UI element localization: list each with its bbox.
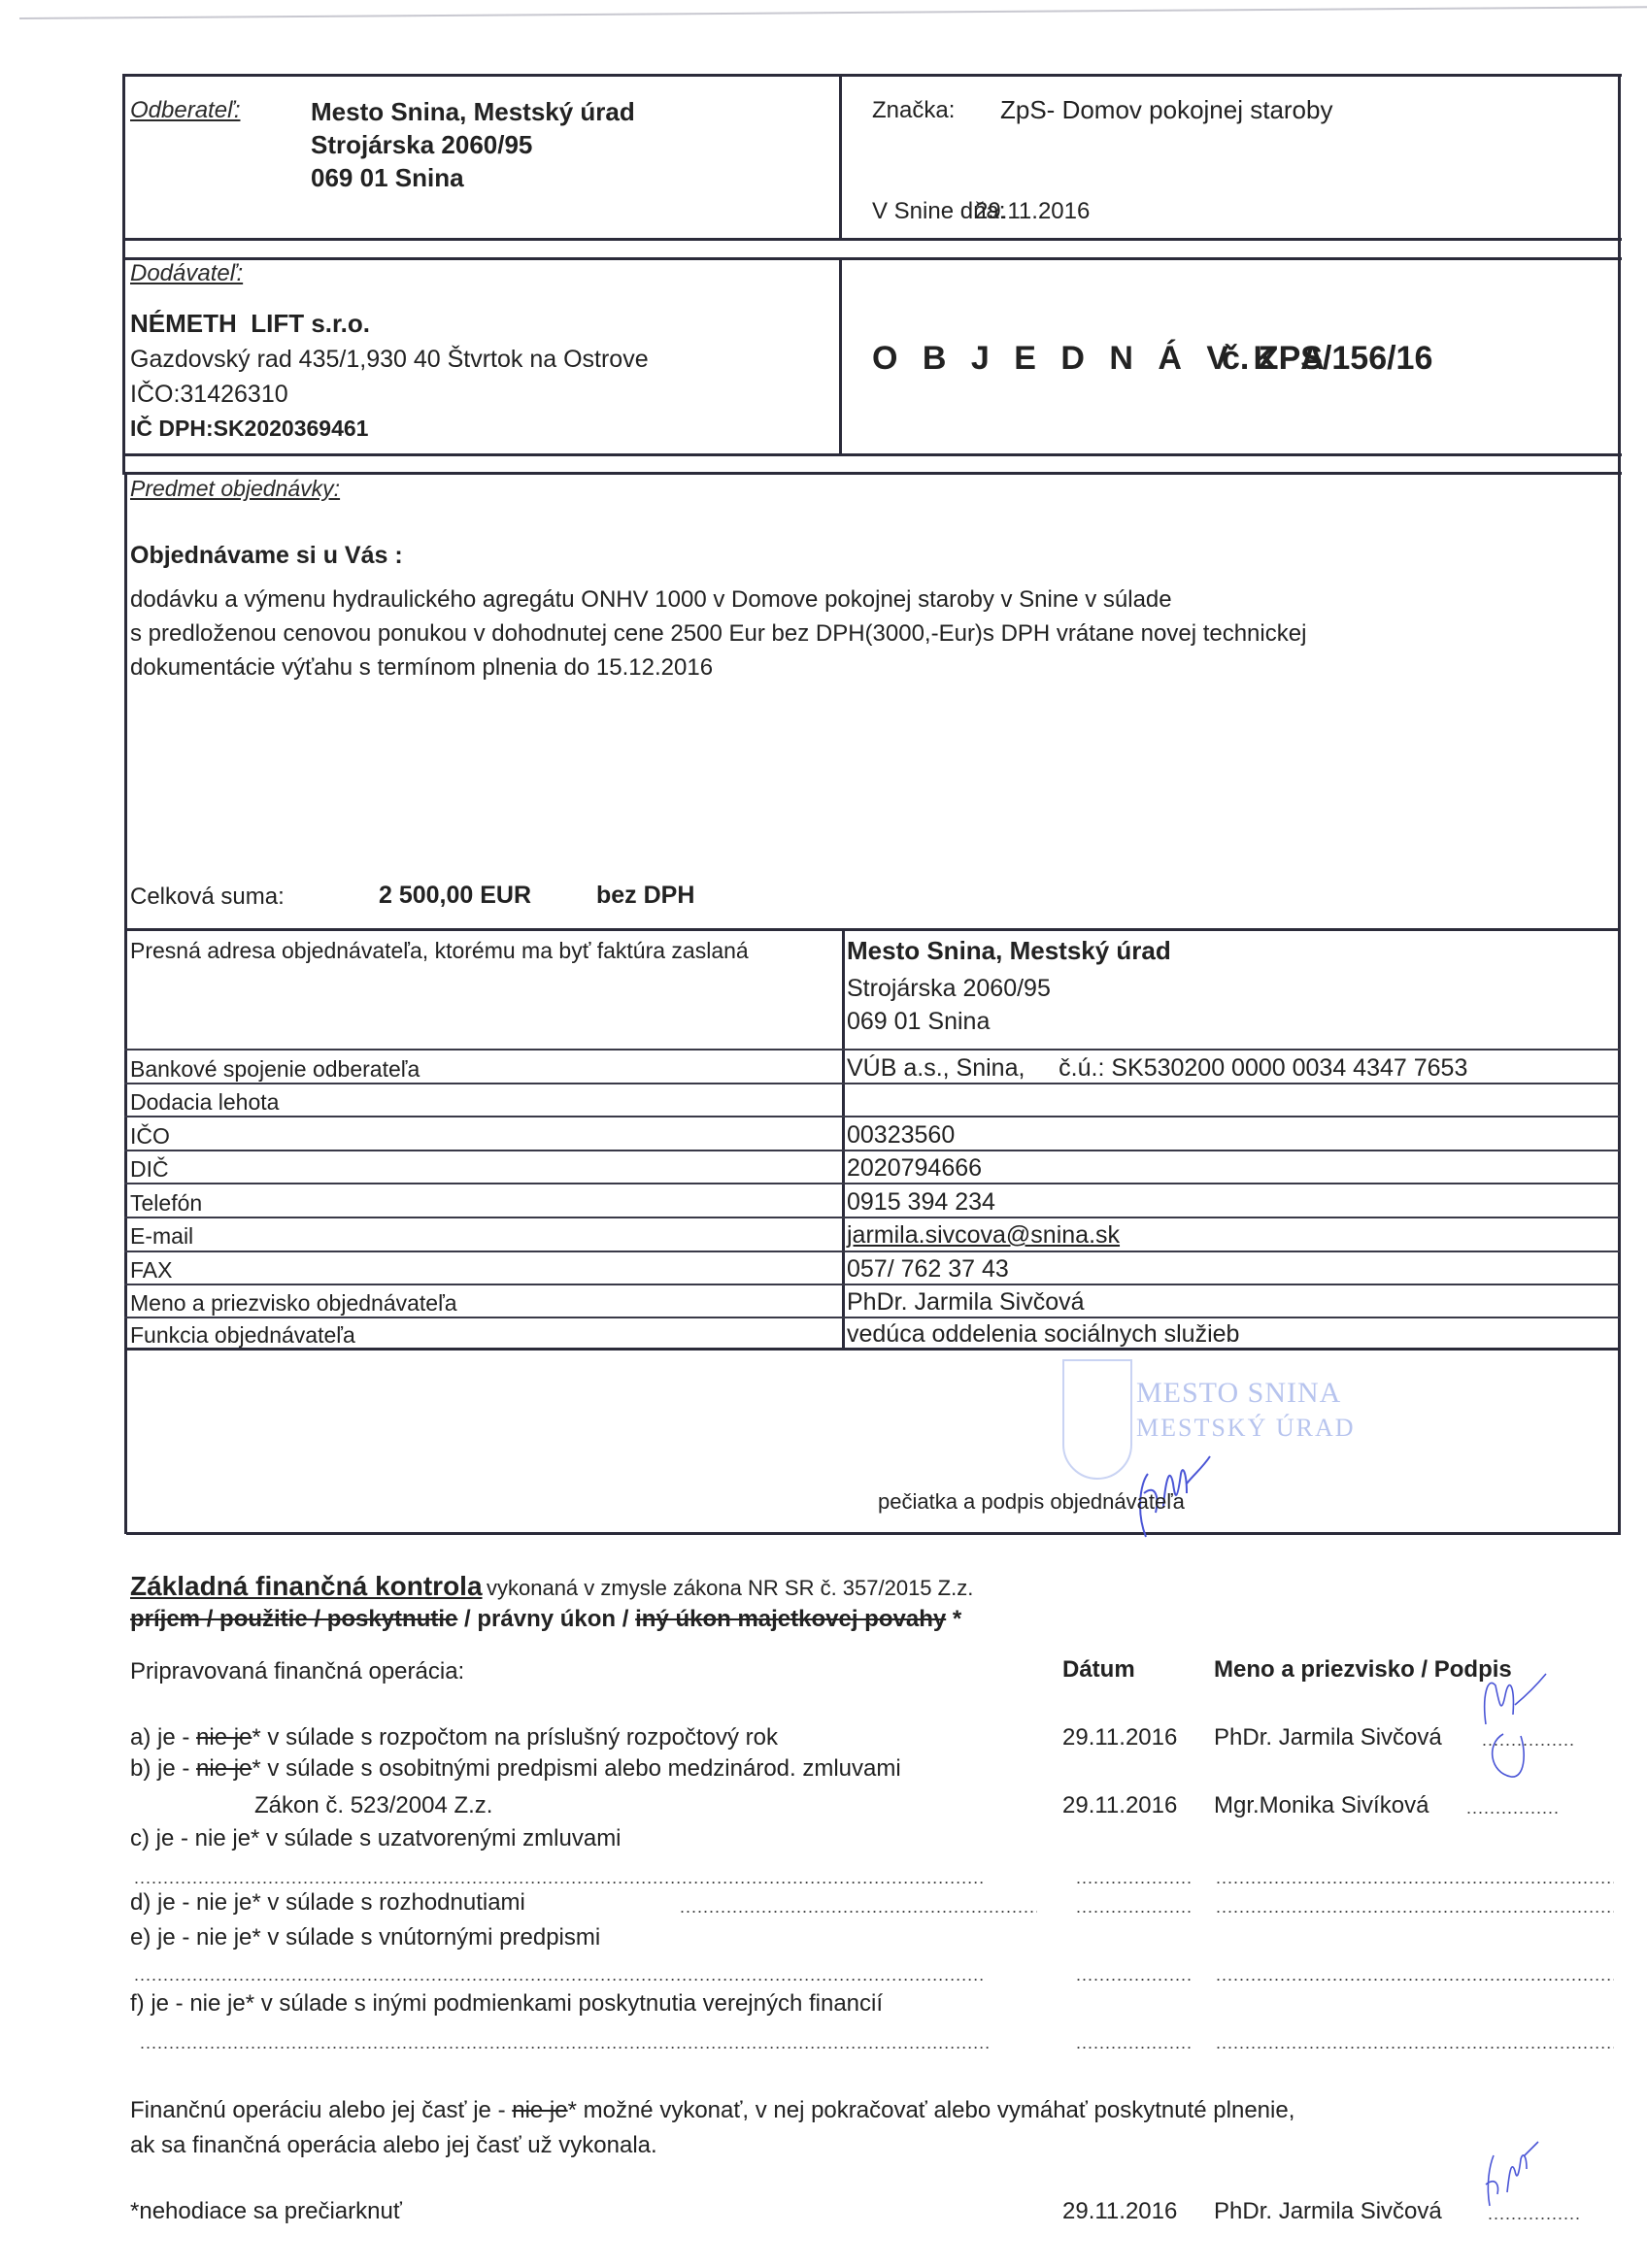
customer-city: 069 01 Snina <box>311 161 635 194</box>
invoice-city: 069 01 Snina <box>847 1008 990 1036</box>
control-item-b: b) je - nie je* v súlade s osobitnými pr… <box>130 1755 901 1783</box>
row-label: Meno a priezvisko objednávateľa <box>130 1290 457 1317</box>
subject-line: dodávku a výmenu hydraulického agregátu … <box>130 583 1306 617</box>
final-statement: Finančnú operáciu alebo jej časť je - ni… <box>130 2097 1294 2124</box>
item-name: PhDr. Jarmila Sivčová <box>1214 1724 1442 1751</box>
dotted-line: ........................................… <box>680 1897 1037 1918</box>
dotted-line: ........................................… <box>1076 1897 1193 1918</box>
reference-label: Značka: <box>872 97 955 124</box>
signature-dotted-line: ................ <box>1466 1798 1614 1818</box>
control-item-c: c) je - nie je* v súlade s uzatvorenými … <box>130 1825 622 1852</box>
stamp-caption: pečiatka a podpis objednávateľa <box>878 1489 1185 1515</box>
operation-types: príjem / použitie / poskytnutie / právny… <box>130 1606 961 1633</box>
row-label: Funkcia objednávateľa <box>130 1322 355 1349</box>
row-label: E-mail <box>130 1223 193 1250</box>
scan-artifact-line <box>19 6 1647 19</box>
final-text: * možné vykonať, v nej pokračovať alebo … <box>568 2097 1295 2123</box>
item-struck: nie je <box>196 1755 252 1782</box>
type-struck: iný úkon majetkovej povahy <box>635 1606 946 1632</box>
row-label: Telefón <box>130 1190 202 1217</box>
final-prefix: Finančnú operáciu alebo jej časť je - <box>130 2097 512 2123</box>
dotted-line: ........................................… <box>1076 1965 1193 1985</box>
total-vat-note: bez DPH <box>596 882 694 910</box>
row-value: VÚB a.s., Snina, č.ú.: SK530200 0000 003… <box>847 1054 1467 1083</box>
dotted-line: ........................................… <box>1216 1965 1614 1985</box>
customer-street: Strojárska 2060/95 <box>311 128 635 161</box>
item-text: * v súlade s uzatvorenými zmluvami <box>251 1825 621 1851</box>
item-text: * v súlade s osobitnými predpismi alebo … <box>252 1755 900 1782</box>
total-value: 2 500,00 EUR <box>379 882 531 910</box>
control-item-e: e) je - nie je* v súlade s vnútornými pr… <box>130 1924 600 1951</box>
supplier-name: NÉMETH LIFT s.r.o. <box>130 309 370 339</box>
invoice-name: Mesto Snina, Mestský úrad <box>847 936 1171 966</box>
item-text: * v súlade s rozpočtom na príslušný rozp… <box>252 1724 778 1751</box>
column-name-header: Meno a priezvisko / Podpis <box>1214 1656 1512 1684</box>
customer-label: Odberateľ: <box>130 97 240 124</box>
type-struck: príjem / použitie / poskytnutie <box>130 1606 457 1632</box>
subject-description: dodávku a výmenu hydraulického agregátu … <box>130 583 1306 684</box>
customer-name: Mesto Snina, Mestský úrad <box>311 95 635 128</box>
financial-control-title-line: Základná finančná kontrola vykonaná v zm… <box>130 1571 973 1602</box>
separator: / <box>616 1606 635 1632</box>
control-item-b-law: Zákon č. 523/2004 Z.z. <box>254 1792 492 1819</box>
control-item-a: a) je - nie je* v súlade s rozpočtom na … <box>130 1724 778 1751</box>
final-statement-line2: ak sa finančná operácia alebo jej časť u… <box>130 2132 657 2159</box>
item-date: 29.11.2016 <box>1062 1724 1177 1751</box>
order-number: č. ZPS/156/16 <box>1222 340 1432 378</box>
supplier-ico: IČO:31426310 <box>130 381 288 409</box>
row-label: FAX <box>130 1257 172 1284</box>
reference-value: ZpS- Domov pokojnej staroby <box>1000 95 1332 125</box>
final-date: 29.11.2016 <box>1062 2198 1177 2225</box>
dotted-line: ........................................… <box>134 1965 1037 1985</box>
column-date-header: Dátum <box>1062 1656 1135 1684</box>
customer-address: Mesto Snina, Mestský úrad Strojárska 206… <box>311 95 635 194</box>
control-item-f: f) je - nie je* v súlade s inými podmien… <box>130 1990 883 2018</box>
subject-label: Predmet objednávky: <box>130 476 340 502</box>
financial-control-law: vykonaná v zmysle zákona NR SR č. 357/20… <box>487 1576 973 1600</box>
subject-heading: Objednávame si u Vás : <box>130 542 403 570</box>
item-text: * v súlade s rozhodnutiami <box>252 1889 524 1916</box>
item-struck: nie je <box>196 1724 252 1751</box>
email-link[interactable]: jarmila.sivcova@snina.sk <box>847 1221 1120 1250</box>
footnote: *nehodiace sa prečiarknuť <box>130 2198 402 2225</box>
control-item-d: d) je - nie je* v súlade s rozhodnutiami <box>130 1889 525 1917</box>
row-label: Dodacia lehota <box>130 1089 279 1116</box>
total-label: Celková suma: <box>130 884 285 911</box>
item-prefix: b) je - <box>130 1755 196 1782</box>
dotted-line: ........................................… <box>1076 1868 1193 1888</box>
row-value: 2020794666 <box>847 1154 982 1183</box>
final-struck: nie je <box>512 2097 567 2123</box>
final-name: PhDr. Jarmila Sivčová <box>1214 2198 1442 2225</box>
dotted-line: ........................................… <box>140 2033 1037 2053</box>
signature-icon <box>1476 1656 1563 1783</box>
row-value: PhDr. Jarmila Sivčová <box>847 1288 1085 1317</box>
row-label: Bankové spojenie odberateľa <box>130 1056 420 1083</box>
item-prefix: d) je - nie je <box>130 1889 252 1916</box>
invoice-address-label: Presná adresa objednávateľa, ktorému ma … <box>130 938 749 964</box>
item-prefix: f) je - nie je <box>130 1990 246 2017</box>
separator: / <box>457 1606 477 1632</box>
dotted-line: ........................................… <box>1216 2033 1614 2053</box>
row-label: IČO <box>130 1123 170 1150</box>
row-value: vedúca oddelenia sociálnych služieb <box>847 1320 1239 1349</box>
supplier-address: Gazdovský rad 435/1,930 40 Štvrtok na Os… <box>130 346 649 374</box>
dotted-line: ........................................… <box>1076 2033 1193 2053</box>
item-prefix: c) je - nie je <box>130 1825 251 1851</box>
item-text: * v súlade s vnútornými predpismi <box>252 1924 600 1951</box>
operation-label: Pripravovaná finančná operácia: <box>130 1658 464 1685</box>
item-date: 29.11.2016 <box>1062 1792 1177 1819</box>
stamp-text: MESTO SNINA <box>1136 1377 1341 1410</box>
subject-line: s predloženou cenovou ponukou v dohodnut… <box>130 617 1306 650</box>
item-text: * v súlade s inými podmienkami poskytnut… <box>246 1990 883 2017</box>
row-value: 057/ 762 37 43 <box>847 1255 1009 1284</box>
type-selected: právny úkon <box>477 1606 616 1632</box>
invoice-street: Strojárska 2060/95 <box>847 975 1051 1003</box>
signature-icon <box>1476 2136 1554 2214</box>
asterisk: * <box>946 1606 961 1632</box>
item-prefix: e) je - nie je <box>130 1924 252 1951</box>
row-value: 0915 394 234 <box>847 1188 995 1217</box>
item-name: Mgr.Monika Sivíková <box>1214 1792 1429 1819</box>
item-prefix: a) je - <box>130 1724 196 1751</box>
stamp-text: MESTSKÝ ÚRAD <box>1136 1414 1356 1443</box>
stamp-shield-icon <box>1062 1359 1132 1480</box>
supplier-ic-dph: IČ DPH:SK2020369461 <box>130 416 368 442</box>
row-value: 00323560 <box>847 1121 955 1150</box>
subject-line: dokumentácie výťahu s termínom plnenia d… <box>130 650 1306 684</box>
dotted-line: ........................................… <box>1216 1868 1614 1888</box>
financial-control-title: Základná finančná kontrola <box>130 1571 483 1601</box>
supplier-label: Dodávateľ: <box>130 260 243 287</box>
date-value: 29.11.2016 <box>975 198 1090 225</box>
dotted-line: ........................................… <box>1216 1897 1614 1918</box>
dotted-line: ........................................… <box>134 1868 1037 1888</box>
row-label: DIČ <box>130 1156 169 1183</box>
